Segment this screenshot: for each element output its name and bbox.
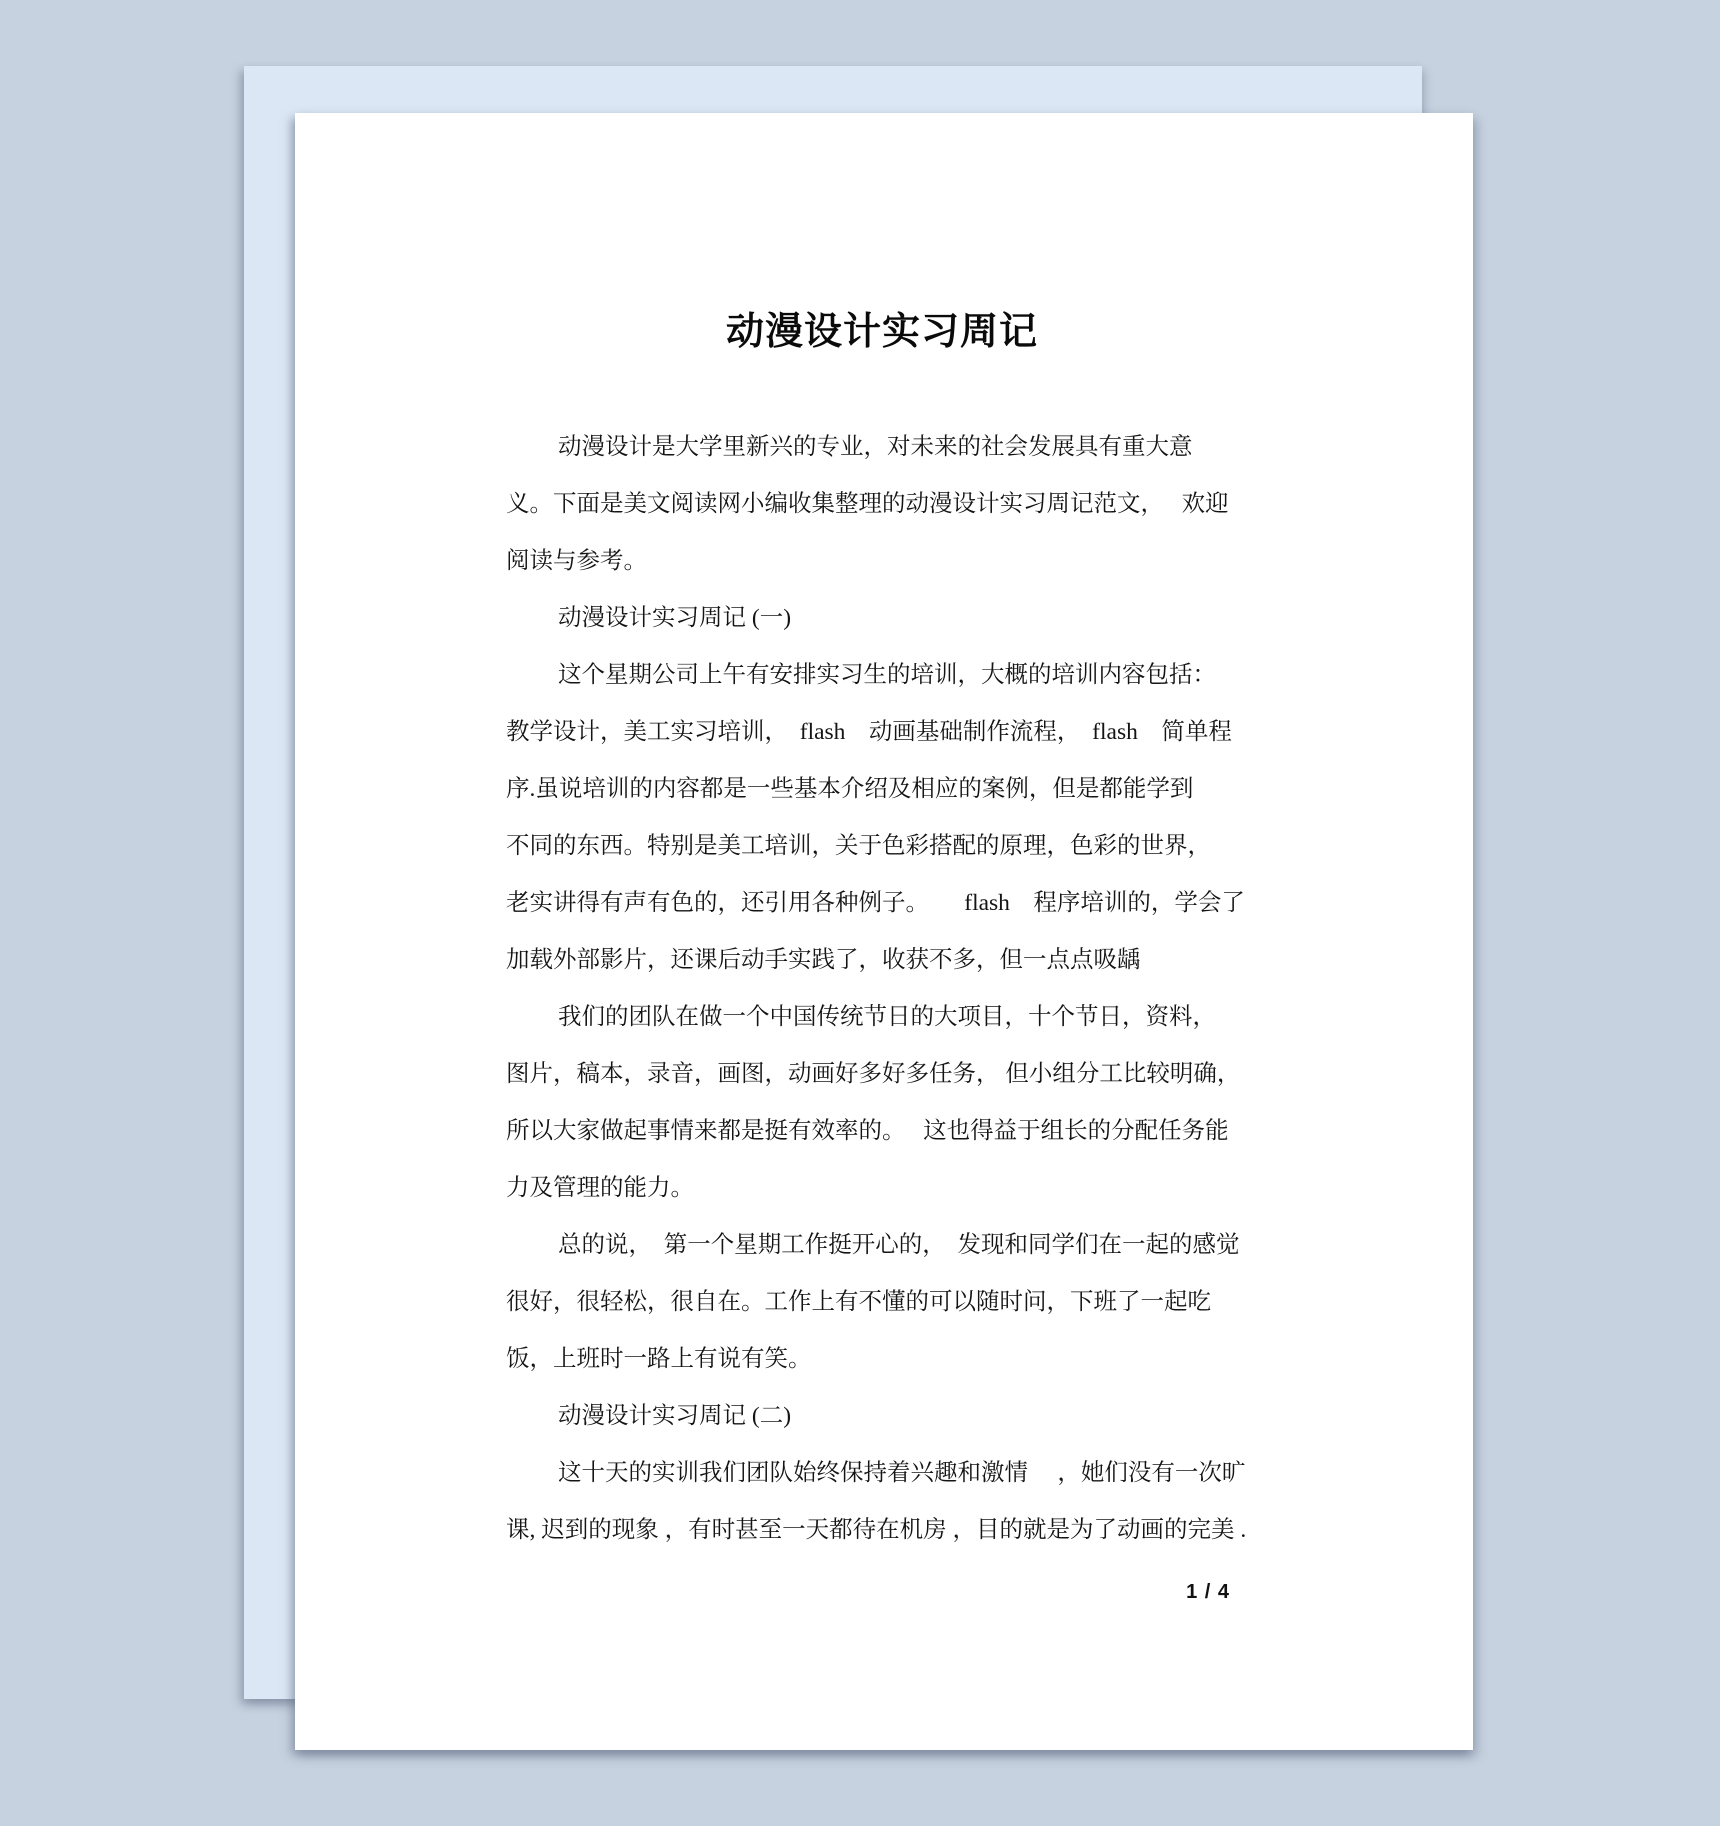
text-line: 图片，稿本，录音，画图，动画好多好多任务， 但小组分工比较明确， <box>506 1060 1296 1088</box>
document-viewer-canvas: 动漫设计实习周记 动漫设计是大学里新兴的专业，对未来的社会发展具有重大意 义。下… <box>0 0 1720 1826</box>
text-line: 动漫设计是大学里新兴的专业，对未来的社会发展具有重大意 <box>506 433 1348 461</box>
text-line: 加载外部影片，还课后动手实践了，收获不多，但一点点吸龋 <box>506 946 1296 974</box>
document-page: 动漫设计实习周记 动漫设计是大学里新兴的专业，对未来的社会发展具有重大意 义。下… <box>295 113 1473 1750</box>
text-line: 序.虽说培训的内容都是一些基本介绍及相应的案例，但是都能学到 <box>506 775 1296 803</box>
text-line: 这十天的实训我们团队始终保持着兴趣和激情 ，她们没有一次旷 <box>506 1459 1348 1487</box>
document-title: 动漫设计实习周记 <box>506 310 1258 354</box>
text-line: 我们的团队在做一个中国传统节日的大项目，十个节日，资料， <box>506 1003 1348 1031</box>
text-line: 总的说， 第一个星期工作挺开心的， 发现和同学们在一起的感觉 <box>506 1231 1348 1259</box>
section-heading-line: 动漫设计实习周记 (一) <box>506 604 1348 632</box>
text-line: 饭，上班时一路上有说有笑。 <box>506 1345 1296 1373</box>
text-line: 所以大家做起事情来都是挺有效率的。 这也得益于组长的分配任务能 <box>506 1117 1296 1145</box>
text-line: 课, 迟到的现象 ，有时甚至一天都待在机房 ，目的就是为了动画的完美 . <box>506 1516 1296 1544</box>
text-line: 阅读与参考。 <box>506 547 1296 575</box>
text-line: 义。下面是美文阅读网小编收集整理的动漫设计实习周记范文， 欢迎 <box>506 490 1296 518</box>
section-heading-line: 动漫设计实习周记 (二) <box>506 1402 1348 1430</box>
page-number: 1 / 4 <box>1186 1581 1230 1604</box>
text-line: 力及管理的能力。 <box>506 1174 1296 1202</box>
text-line: 这个星期公司上午有安排实习生的培训，大概的培训内容包括： <box>506 661 1348 689</box>
text-line: 老实讲得有声有色的，还引用各种例子。 flash 程序培训的，学会了 <box>506 889 1296 917</box>
text-line: 不同的东西。特别是美工培训，关于色彩搭配的原理，色彩的世界， <box>506 832 1296 860</box>
text-line: 很好，很轻松，很自在。工作上有不懂的可以随时问，下班了一起吃 <box>506 1288 1296 1316</box>
text-line: 教学设计，美工实习培训， flash 动画基础制作流程， flash 简单程 <box>506 718 1296 746</box>
